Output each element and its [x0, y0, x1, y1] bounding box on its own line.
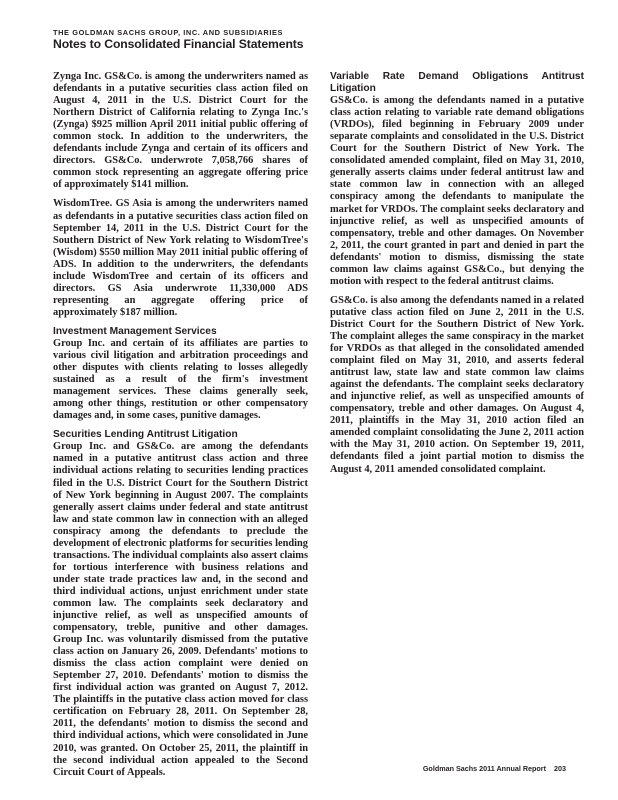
paragraph-zynga: Zynga Inc. GS&Co. is among the underwrit… — [53, 71, 308, 191]
section-heading-vrdo: Variable Rate Demand Obligations Antitru… — [330, 71, 584, 95]
page-title: Notes to Consolidated Financial Statemen… — [53, 37, 303, 51]
footer-publication: Goldman Sachs 2011 Annual Report — [423, 764, 546, 773]
section-heading-securities-lending: Securities Lending Antitrust Litigation — [53, 429, 308, 441]
paragraph-vrdo-consolidated: GS&Co. is among the defendants named in … — [330, 95, 584, 288]
paragraph-investment-management: Group Inc. and certain of its affiliates… — [53, 338, 308, 422]
page-number: 203 — [554, 764, 566, 773]
left-column: Zynga Inc. GS&Co. is among the underwrit… — [53, 71, 308, 786]
section-heading-investment-management: Investment Management Services — [53, 326, 308, 338]
page-footer: Goldman Sachs 2011 Annual Report203 — [423, 764, 566, 773]
paragraph-wisdomtree: WisdomTree. GS Asia is among the underwr… — [53, 198, 308, 318]
paragraph-securities-lending: Group Inc. and GS&Co. are among the defe… — [53, 441, 308, 778]
right-column: Variable Rate Demand Obligations Antitru… — [330, 71, 584, 483]
header-company-name: The Goldman Sachs Group, Inc. and Subsid… — [53, 28, 283, 37]
paragraph-vrdo-related: GS&Co. is also among the defendants name… — [330, 295, 584, 476]
